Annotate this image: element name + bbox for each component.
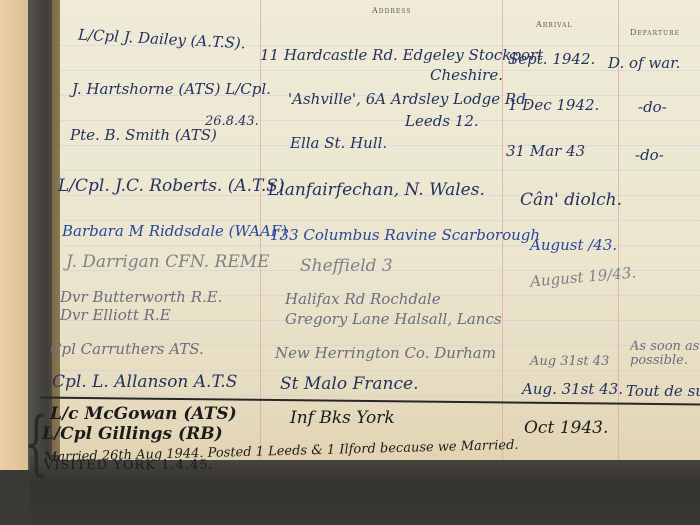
entry-name: Cpl. L. Allanson A.T.S [52, 372, 237, 392]
entry-arrival: 31 Mar 43 [506, 142, 585, 160]
entry-address: 133 Columbus Ravine Scarborough [270, 226, 540, 244]
entry-name: J. Hartshorne (ATS) L/Cpl. [72, 80, 271, 98]
entry-name: Pte. B. Smith (ATS) [70, 126, 217, 144]
entry-arrival: August 19/43. [529, 263, 636, 290]
entry-address: Halifax Rd Rochdale [285, 290, 441, 308]
entry-departure: D. of war. [608, 54, 680, 72]
header-address: Address [372, 6, 411, 15]
entry-name: Barbara M Riddsdale (WAAF) [62, 222, 287, 240]
header-departure: Departure [630, 28, 680, 37]
entry-address: Llanfairfechan, N. Wales. [268, 180, 485, 200]
entry-address: Inf Bks York [290, 408, 395, 428]
entry-departure: -do- [635, 146, 664, 164]
entry-arrival: Oct 1943. [524, 418, 608, 438]
entry-arrival: 1 Dec 1942. [508, 96, 599, 114]
entry-name: Cpl Carruthers ATS. [50, 340, 204, 358]
entry-address: 11 Hardcastle Rd. Edgeley Stockport [260, 46, 543, 64]
entry-address: Ella St. Hull. [290, 134, 387, 152]
entry-address: Gregory Lane Halsall, Lancs [285, 310, 502, 328]
entry-arrival: Aug. 31st 43. [522, 380, 623, 398]
register-page: Address Arrival Departure L/Cpl J. Daile… [60, 0, 700, 460]
entry-arrival: Cân' diolch. [520, 190, 622, 210]
entry-name: J. Darrigan CFN. REME [66, 252, 270, 272]
entry-name: Dvr Butterworth R.E. [60, 288, 223, 306]
entry-address-line2: Leeds 12. [405, 112, 479, 130]
entry-name: L/Cpl. J.C. Roberts. (A.T.S) [58, 176, 285, 196]
entry-departure: -do- [638, 98, 667, 116]
entry-address: Sheffield 3 [300, 256, 393, 276]
header-arrival: Arrival [536, 20, 572, 29]
entry-name: Dvr Elliott R.E [60, 306, 171, 324]
entry-name: L/Cpl J. Dailey (A.T.S). [78, 26, 246, 53]
entry-departure: Tout de suite [626, 382, 700, 400]
entry-address: St Malo France. [280, 374, 419, 394]
entry-address-line2: Cheshire. [430, 66, 503, 84]
footnote-visited: VISITED YORK 1.4.45. [44, 458, 214, 473]
entry-arrival: August /43. [530, 236, 617, 254]
entry-arrival: Sept. 1942. [508, 50, 595, 68]
entry-arrival: Aug 31st 43 [530, 354, 609, 369]
entry-address: 'Ashville', 6A Ardsley Lodge Rd. [288, 90, 531, 108]
entry-name: L/Cpl Gillings (RB) [42, 424, 223, 444]
brace-mark: { [24, 408, 49, 478]
entry-name: L/c McGowan (ATS) [50, 404, 237, 424]
entry-address: New Herrington Co. Durham [275, 344, 496, 362]
entry-departure: As soon as possible. [630, 340, 700, 368]
